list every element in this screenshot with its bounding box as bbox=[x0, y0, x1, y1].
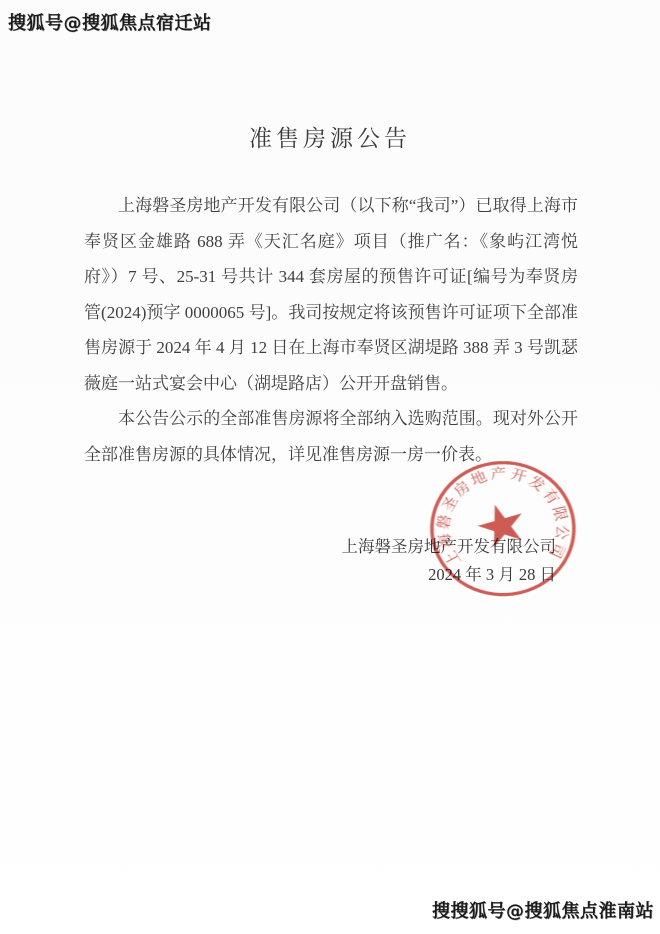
document-body: 上海磐圣房地产开发有限公司（以下称“我司”）已取得上海市奉贤区金雄路 688 弄… bbox=[84, 188, 578, 472]
paragraph-announcement-details: 上海磐圣房地产开发有限公司（以下称“我司”）已取得上海市奉贤区金雄路 688 弄… bbox=[84, 188, 578, 401]
document-page: 搜狐号@搜狐焦点宿迁站 准售房源公告 上海磐圣房地产开发有限公司（以下称“我司”… bbox=[0, 0, 660, 934]
page-title: 准售房源公告 bbox=[0, 120, 660, 153]
paragraph-selection-scope: 本公告公示的全部准售房源将全部纳入选购范围。现对外公开全部准售房源的具体情况，详… bbox=[84, 401, 578, 472]
watermark-bottom-right: 搜搜狐号@搜狐焦点淮南站 bbox=[432, 897, 654, 923]
signature-company: 上海磐圣房地产开发有限公司 bbox=[342, 533, 557, 561]
signature-date: 2024 年 3 月 28 日 bbox=[342, 561, 557, 589]
watermark-top-left: 搜狐号@搜狐焦点宿迁站 bbox=[8, 9, 212, 35]
signature-block: 上海磐圣房地产开发有限公司 2024 年 3 月 28 日 bbox=[342, 533, 557, 589]
